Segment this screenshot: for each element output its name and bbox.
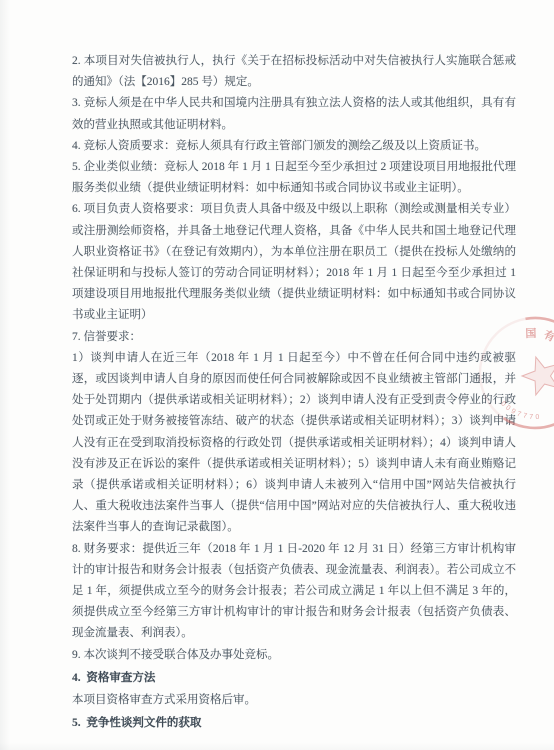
section-heading-qualification-review: 4. 资格审查方法 [72, 668, 516, 689]
document-text-block: 2. 本项目对失信被执行人，执行《关于在招标投标活动中对失信被执行人实施联合惩戒… [72, 51, 516, 735]
clause-2: 2. 本项目对失信被执行人，执行《关于在招标投标活动中对失信被执行人实施联合惩戒… [72, 51, 516, 93]
clause-3: 3. 竞标人须是在中华人民共和国境内注册具有独立法人资格的法人或其他组织，具有有… [72, 93, 516, 135]
page-edge-shading-bottom [0, 742, 554, 750]
clause-9: 9. 本次谈判不接受联合体及办事处竞标。 [72, 645, 516, 666]
clause-8: 8. 财务要求：提供近三年（2018 年 1 月 1 日-2020 年 12 月… [72, 539, 516, 645]
seal-border-top-arc [526, 318, 554, 325]
section-heading-document-acquisition: 5. 竞争性谈判文件的获取 [72, 713, 516, 734]
clause-7: 7. 信誉要求： [72, 327, 516, 348]
clause-5: 5. 企业类似业绩：竞标人 2018 年 1 月 1 日起至今至少承担过 2 项… [72, 157, 516, 199]
page-edge-shading [0, 0, 10, 750]
clause-6: 6. 项目负责人资格要求：项目负责人具备中级及中级以上职称（测绘或测量相关专业）… [72, 199, 516, 326]
star-icon [522, 357, 554, 395]
document-page: 2. 本项目对失信被执行人，执行《关于在招标投标活动中对失信被执行人实施联合惩戒… [0, 0, 554, 750]
seal-ring-text: 国有限公司 [525, 326, 554, 395]
clause-7-items: 1）谈判申请人在近三年（2018 年 1 月 1 日起至今）中不曾在任何合同中违… [72, 348, 516, 539]
svg-text:国有限公司: 国有限公司 [525, 326, 554, 395]
clause-4: 4. 竞标人资质要求：竞标人须具有行政主管部门颁发的测绘乙级及以上资质证书。 [72, 136, 516, 157]
qualification-review-body: 本项目资格审查方式采用资格后审。 [72, 690, 516, 711]
